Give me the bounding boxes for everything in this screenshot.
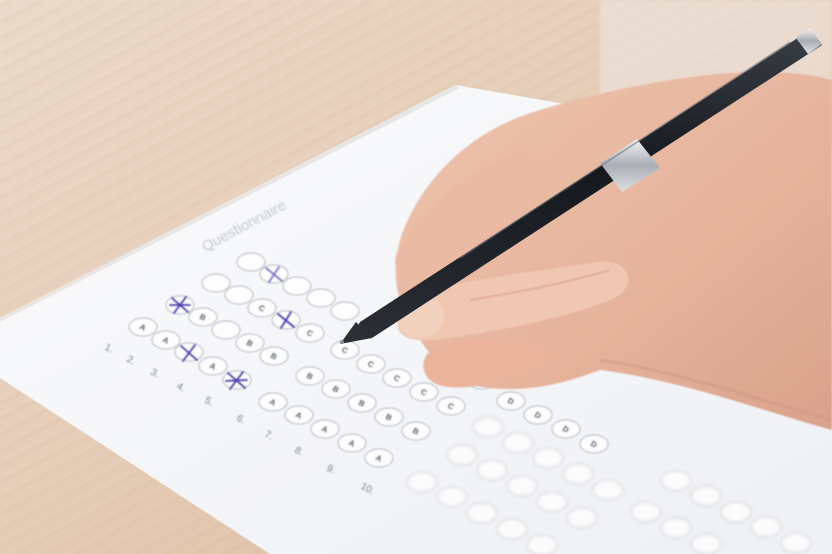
answer-bubble[interactable] bbox=[527, 535, 557, 554]
answer-bubble[interactable] bbox=[467, 503, 497, 523]
answer-bubble[interactable] bbox=[661, 471, 691, 491]
answer-bubble[interactable] bbox=[661, 518, 691, 538]
answer-bubble[interactable] bbox=[781, 533, 811, 553]
answer-bubble[interactable] bbox=[237, 253, 265, 271]
answer-bubble[interactable] bbox=[212, 321, 240, 339]
answer-bubble[interactable] bbox=[202, 274, 230, 292]
answer-bubble[interactable] bbox=[225, 286, 253, 304]
answer-bubble[interactable] bbox=[437, 487, 467, 507]
answer-bubble[interactable] bbox=[407, 472, 437, 492]
answer-bubble[interactable] bbox=[497, 519, 527, 539]
answer-bubble[interactable] bbox=[563, 464, 593, 484]
answer-bubble[interactable] bbox=[721, 502, 751, 522]
answer-bubble[interactable] bbox=[307, 289, 335, 307]
answer-bubble[interactable] bbox=[283, 277, 311, 295]
answer-bubble[interactable] bbox=[473, 417, 503, 437]
answer-bubble[interactable] bbox=[447, 445, 477, 465]
answer-bubble[interactable] bbox=[507, 476, 537, 496]
answer-bubble[interactable] bbox=[691, 486, 721, 506]
photo-canvas: Questionnaire 1. 2. 3. 4. 5. 6. 7. 8. 9.… bbox=[0, 0, 832, 554]
answer-bubble[interactable] bbox=[477, 460, 507, 480]
answer-bubble[interactable] bbox=[593, 480, 623, 500]
answer-bubble[interactable] bbox=[503, 433, 533, 453]
answer-bubble[interactable] bbox=[631, 502, 661, 522]
photo-scene: Questionnaire 1. 2. 3. 4. 5. 6. 7. 8. 9.… bbox=[0, 0, 832, 554]
answer-bubble[interactable] bbox=[751, 517, 781, 537]
answer-bubble[interactable] bbox=[537, 492, 567, 512]
answer-bubble[interactable] bbox=[567, 508, 597, 528]
answer-bubble[interactable] bbox=[533, 448, 563, 468]
answer-bubble[interactable] bbox=[331, 302, 359, 320]
answer-bubble[interactable] bbox=[691, 534, 721, 554]
